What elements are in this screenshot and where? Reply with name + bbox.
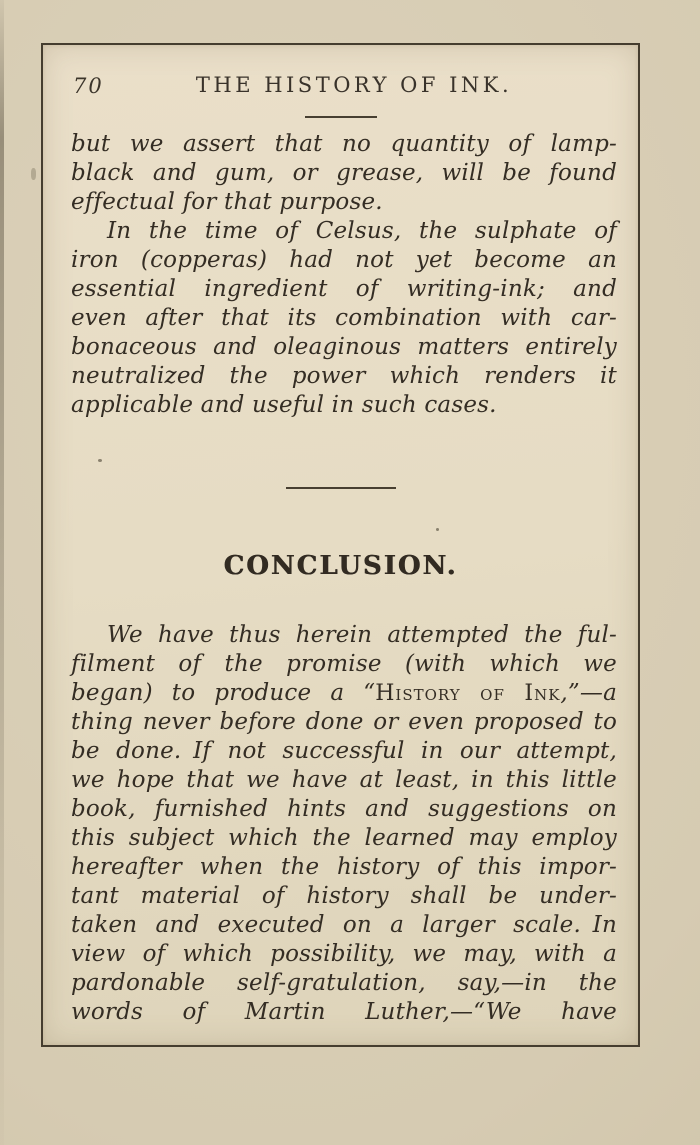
text-line: view of which possibility, we may, with … xyxy=(71,940,617,969)
scan-smudge xyxy=(31,168,36,180)
text-line: effectual for that purpose. xyxy=(71,188,617,217)
text-line: be done. If not successful in our attemp… xyxy=(71,737,617,766)
running-title: THE HISTORY OF INK. xyxy=(82,73,626,97)
text-line: but we assert that no quantity of lamp- xyxy=(71,130,617,159)
text-line: this subject which the learned may emplo… xyxy=(71,824,617,853)
text-line: taken and executed on a larger scale. In xyxy=(71,911,617,940)
paragraph-celsus: In the time of Celsus, the sulphate of i… xyxy=(71,217,617,420)
text-line: pardonable self-gratulation, say,—in the xyxy=(71,969,617,998)
text-line: we hope that we have at least, in this l… xyxy=(71,766,617,795)
text-line: iron (copperas) had not yet become an xyxy=(71,246,617,275)
text-line: words of Martin Luther,—“We have xyxy=(71,998,617,1027)
ink-speck xyxy=(98,459,102,462)
text-line: black and gum, or grease, will be found xyxy=(71,159,617,188)
page-edge-shadow xyxy=(0,0,4,1145)
text-line: bonaceous and oleaginous matters entirel… xyxy=(71,333,617,362)
scanned-book-page: { "page_header": { "page_number": "70", … xyxy=(0,0,700,1145)
text-line: filment of the promise (with which we xyxy=(71,650,617,679)
text-line: even after that its combination with car… xyxy=(71,304,617,333)
page-header: 70 THE HISTORY OF INK. xyxy=(73,73,617,101)
text-line: We have thus herein attempted the ful- xyxy=(71,621,617,650)
text-segment: began) to produce a “ xyxy=(71,680,375,706)
text-line: In the time of Celsus, the sulphate of xyxy=(71,217,617,246)
ink-speck xyxy=(436,528,439,531)
small-caps-book-title: History of Ink xyxy=(375,681,560,706)
header-divider-rule xyxy=(305,116,377,118)
text-line: hereafter when the history of this impor… xyxy=(71,853,617,882)
text-line: thing never before done or even proposed… xyxy=(71,708,617,737)
page-frame: 70 THE HISTORY OF INK. but we assert tha… xyxy=(41,43,640,1047)
text-line: essential ingredient of writing-ink; and xyxy=(71,275,617,304)
text-line: tant material of history shall be under- xyxy=(71,882,617,911)
conclusion-paragraph: We have thus herein attempted the ful- f… xyxy=(71,621,617,1027)
text-line: applicable and useful in such cases. xyxy=(71,391,617,420)
paragraph-continued: but we assert that no quantity of lamp- … xyxy=(71,130,617,217)
text-line: book, furnished hints and suggestions on xyxy=(71,795,617,824)
conclusion-heading: CONCLUSION. xyxy=(43,551,638,581)
text-line: began) to produce a “History of Ink,”—a xyxy=(71,679,617,708)
text-line: neutralized the power which renders it xyxy=(71,362,617,391)
section-divider-rule xyxy=(286,487,396,489)
body-text-block: but we assert that no quantity of lamp- … xyxy=(71,130,617,420)
text-segment: ,”—a xyxy=(560,680,617,706)
